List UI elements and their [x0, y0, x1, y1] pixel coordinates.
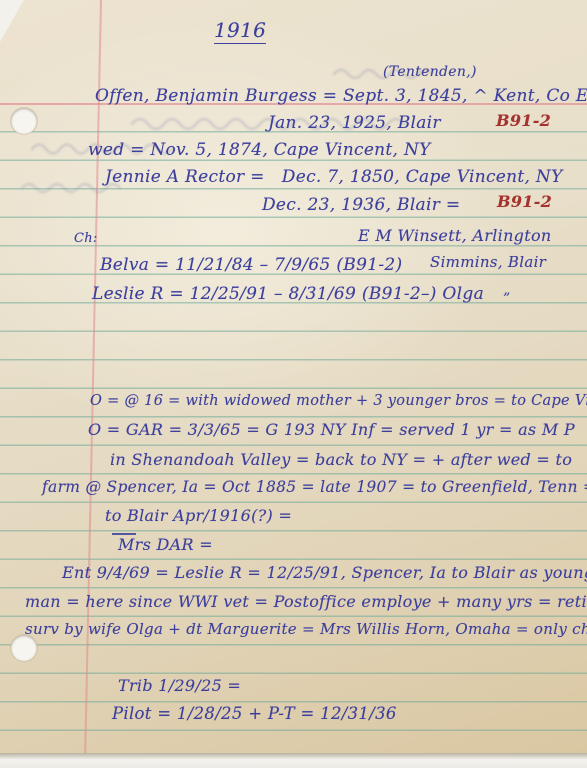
insertion-note: (Tentenden,) — [383, 64, 477, 80]
death-date-line: Jan. 23, 1925, Blair — [268, 113, 441, 133]
children-label: Ch: — [74, 231, 98, 246]
child-row-leslie: Leslie R = 12/25/91 – 8/31/69 (B91-2–) O… — [92, 284, 484, 304]
scan-bottom-edge — [0, 753, 587, 768]
red-reference-code: B91-2 — [496, 111, 551, 130]
obit-note-line-2: man = here since WWI vet = Postoffice em… — [25, 592, 587, 611]
rule-lines — [0, 131, 587, 754]
entry-name-birth-line: Offen, Benjamin Burgess = Sept. 3, 1845,… — [95, 86, 587, 106]
obit-note-line-1: Ent 9/4/69 = Leslie R = 12/25/91, Spence… — [62, 563, 587, 582]
red-reference-code-2: B91-2 — [497, 192, 552, 211]
spouse-death-line: Dec. 23, 1936, Blair = — [262, 195, 460, 215]
scanned-note-page: 1916 (Tentenden,) Offen, Benjamin Burges… — [0, 0, 587, 768]
bio-note-line-4: farm @ Spencer, Ia = Oct 1885 = late 190… — [42, 478, 587, 496]
bio-note-line-1: O = @ 16 = with widowed mother + 3 young… — [90, 393, 587, 409]
bio-note-line-2: O = GAR = 3/3/65 = G 193 NY Inf = served… — [88, 420, 575, 439]
funeral-note-winsett: E M Winsett, Arlington — [358, 226, 551, 245]
obit-note-line-3: surv by wife Olga + dt Marguerite = Mrs … — [25, 620, 587, 638]
marriage-line: wed = Nov. 5, 1874, Cape Vincent, NY — [88, 140, 431, 160]
source-citation-pilot: Pilot = 1/28/25 + P-T = 12/31/36 — [112, 704, 397, 723]
page-title-text: 1916 — [214, 18, 266, 44]
spouse-line: Jennie A Rector = Dec. 7, 1850, Cape Vin… — [105, 167, 563, 187]
ditto-mark: ” — [503, 291, 510, 307]
funeral-note-simmins: Simmins, Blair — [430, 253, 546, 271]
hole-punch-bottom — [11, 635, 37, 661]
bio-note-line-5: to Blair Apr/1916(?) = — [105, 506, 292, 525]
page-title: 1916 — [214, 18, 266, 42]
hole-punch-top — [11, 108, 37, 134]
bio-note-line-3: in Shenandoah Valley = back to NY = + af… — [110, 450, 572, 469]
bio-note-line-6: Mrs DAR = — [118, 535, 213, 554]
source-citation-trib: Trib 1/29/25 = — [118, 676, 241, 695]
child-row-belva: Belva = 11/21/84 – 7/9/65 (B91-2) — [100, 255, 402, 275]
